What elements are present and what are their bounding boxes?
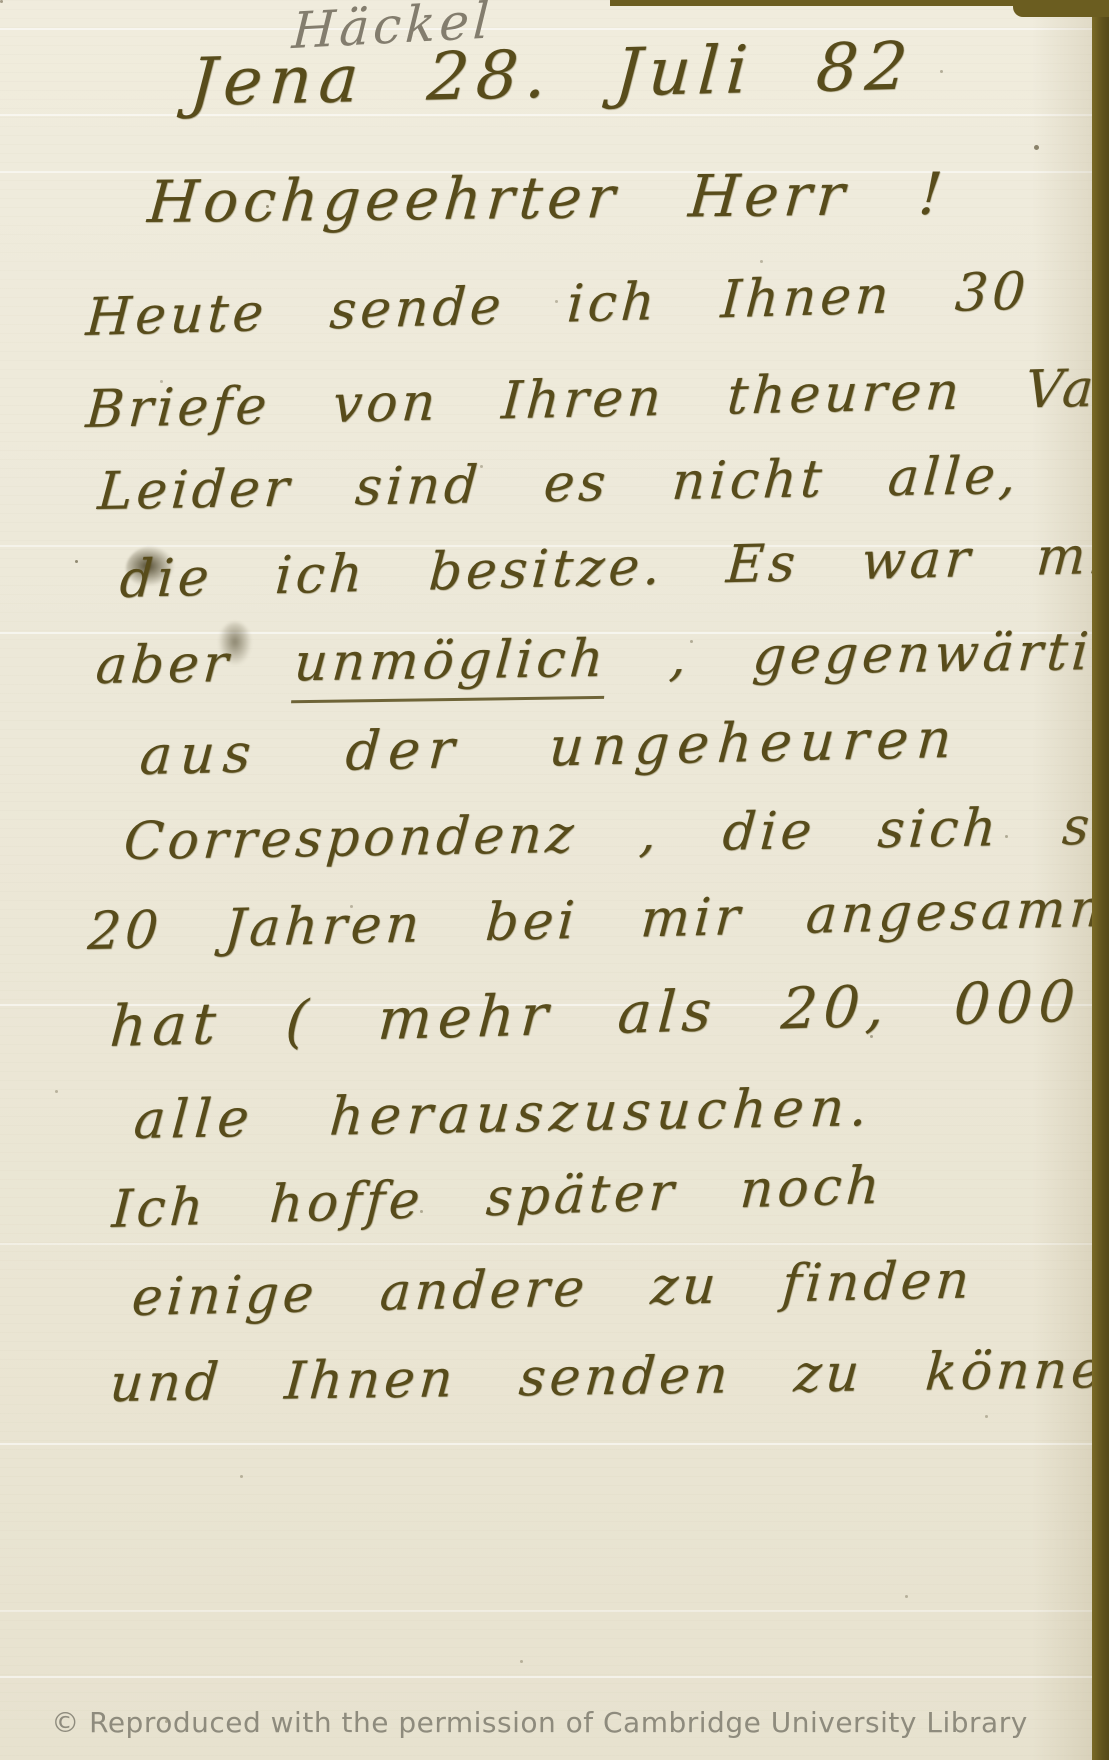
date-line: Jena 28. Juli 82 <box>188 27 917 121</box>
scan-edge-right <box>1092 0 1109 1760</box>
letter-line: Briefe von Ihren theuren Vater. <box>84 357 1109 440</box>
scan-streak <box>0 1443 1109 1445</box>
letter-line: hat ( mehr als 20, 000 ) <box>108 966 1109 1060</box>
letter-line: 20 Jahren bei mir angesammelt <box>86 877 1109 962</box>
scan-edge-corner <box>1013 0 1109 17</box>
page-curve-shadow <box>1032 0 1092 1760</box>
scan-streak <box>0 1676 1109 1678</box>
letter-line: Correspondenz , die sich seit <box>122 795 1109 872</box>
letter-line: die ich besitze. Es war mir <box>118 525 1109 610</box>
letter-line: Leider sind es nicht alle, <box>96 446 1022 522</box>
scan-streak <box>0 1243 1109 1245</box>
paper-speckles <box>0 0 3 3</box>
letter-line-segment: aber <box>94 633 297 696</box>
scan-streak <box>0 1610 1109 1612</box>
letter-line: alle herauszusuchen. <box>132 1077 875 1151</box>
salutation-line: Hochgeehrter Herr ! <box>145 160 949 236</box>
letter-page: Häckel Jena 28. Juli 82 Hochgeehrter Her… <box>0 0 1109 1760</box>
scan-streak <box>0 28 1109 30</box>
underlined-word: unmöglich <box>291 629 609 703</box>
letter-line: und Ihnen senden zu können. <box>108 1339 1109 1414</box>
letter-line: einige andere zu finden <box>130 1250 975 1328</box>
letter-line: Ich hoffe später noch <box>110 1156 885 1240</box>
scan-streak <box>0 114 1109 116</box>
letter-line: aus der ungeheuren <box>138 707 962 787</box>
letter-line: Heute sende ich Ihnen 30 <box>84 262 1031 348</box>
library-credit-line: © Reproduced with the permission of Camb… <box>0 1706 1079 1739</box>
